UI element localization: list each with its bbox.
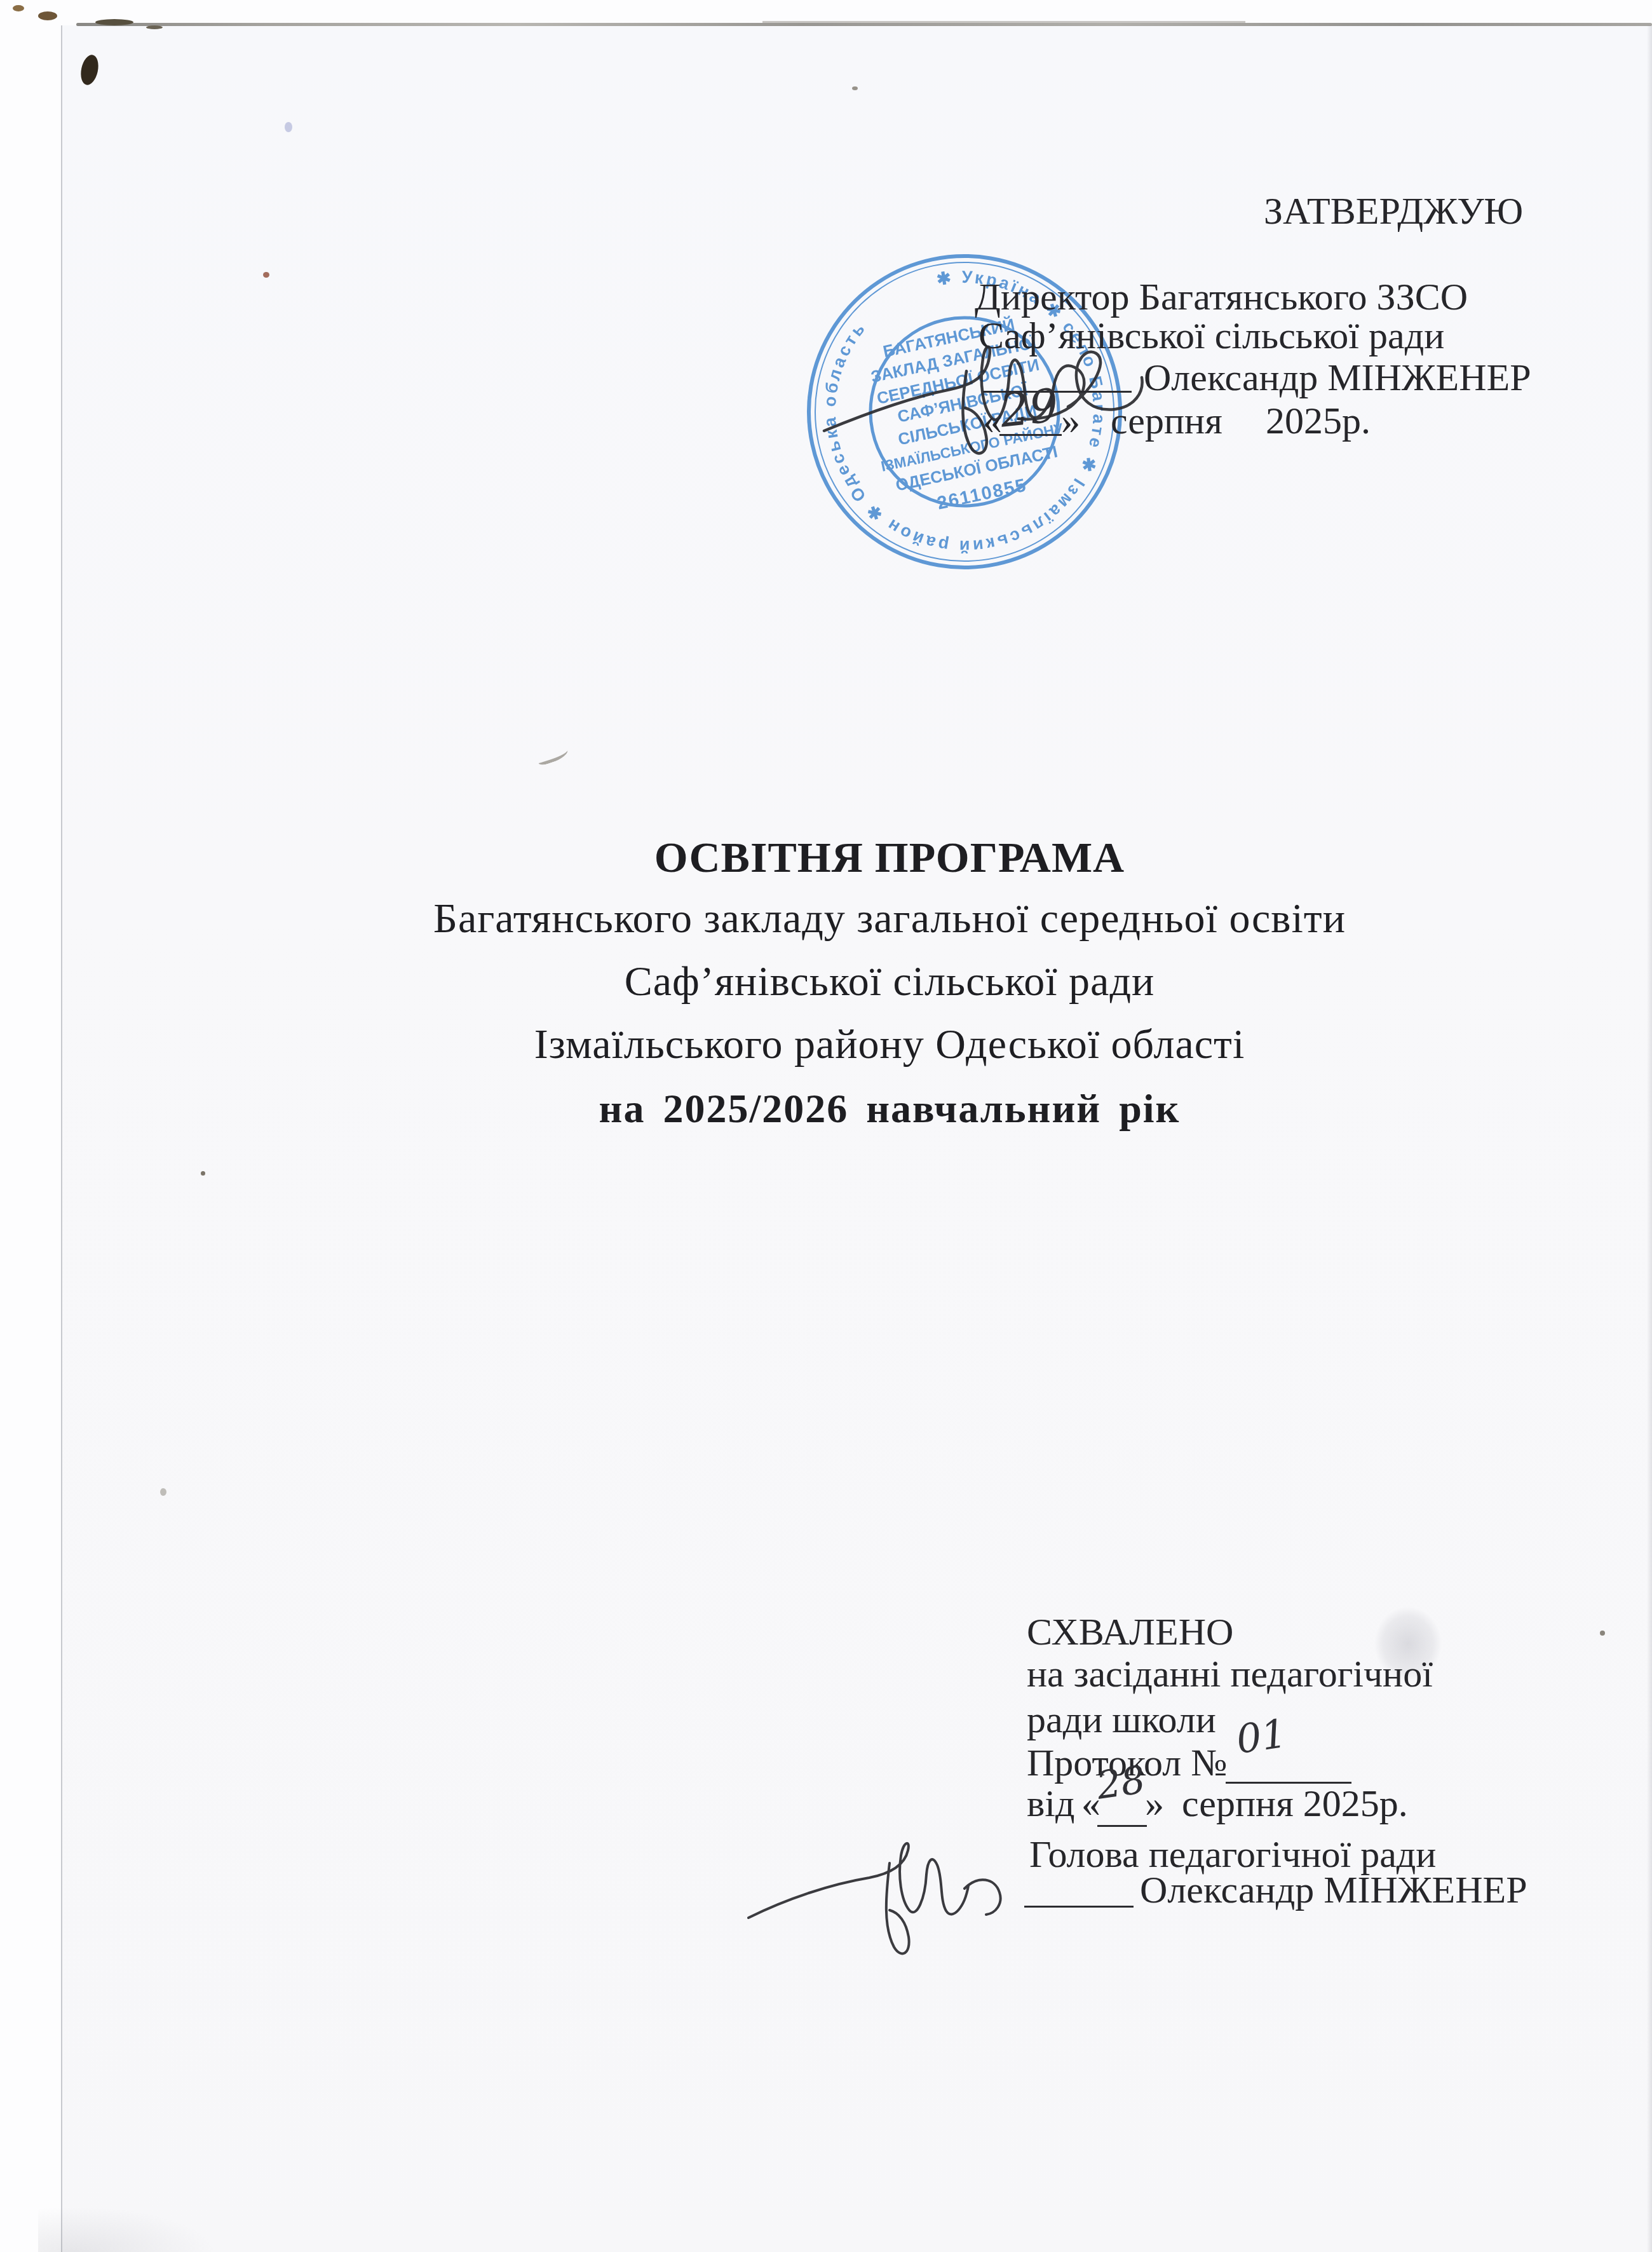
approval-signatory-name: Олександр МІНЖЕНЕР — [1144, 358, 1531, 397]
scan-artifact-speck — [160, 1488, 166, 1496]
council-line-2: ради школи — [1027, 1700, 1216, 1739]
chair-label: Голова педагогічної ради — [1029, 1835, 1436, 1873]
scan-artifact-speck — [1600, 1631, 1605, 1636]
scan-artifact-speck — [285, 122, 292, 132]
chair-signature-line — [1024, 1906, 1134, 1908]
scan-artifact-speck — [201, 1171, 205, 1176]
protocol-number-handwritten: 01 — [1234, 1714, 1289, 1760]
council-date-quote-close: » — [1145, 1784, 1164, 1822]
council-date-from: від — [1027, 1784, 1075, 1822]
approval-date-year: 2025р. — [1266, 402, 1371, 440]
scan-artifact-speck — [146, 25, 163, 29]
scanned-document-page: ✱ Україна ✱ село Багате ✱ Ізмаїльський р… — [0, 0, 1652, 2252]
scan-artifact-top-line-2 — [762, 21, 1245, 23]
director-signature — [816, 324, 1172, 464]
approval-line-1: Директор Багатянського ЗЗСО — [975, 278, 1468, 316]
scan-artifact-speck — [13, 5, 24, 11]
chair-name: Олександр МІНЖЕНЕР — [1140, 1871, 1527, 1909]
approval-heading: ЗАТВЕРДЖУЮ — [1264, 192, 1523, 230]
paper-corner-shadow — [38, 2206, 216, 2252]
scan-artifact-speck — [95, 19, 133, 25]
scan-artifact-speck — [38, 11, 57, 20]
council-date-rest: серпня 2025р. — [1182, 1784, 1408, 1822]
paper-right-edge-shadow — [1647, 25, 1652, 2252]
scan-artifact-speck — [852, 86, 858, 90]
paper-left-edge — [61, 25, 62, 2252]
council-day-underline — [1097, 1825, 1147, 1827]
scan-artifact-speck — [263, 272, 269, 278]
council-heading: СХВАЛЕНО — [1027, 1613, 1233, 1651]
council-line-1: на засіданні педагогічної — [1027, 1655, 1433, 1693]
chair-signature — [742, 1830, 1028, 1967]
scan-artifact-top-line — [76, 23, 1652, 26]
council-date-day-handwritten: 28 — [1094, 1761, 1148, 1805]
